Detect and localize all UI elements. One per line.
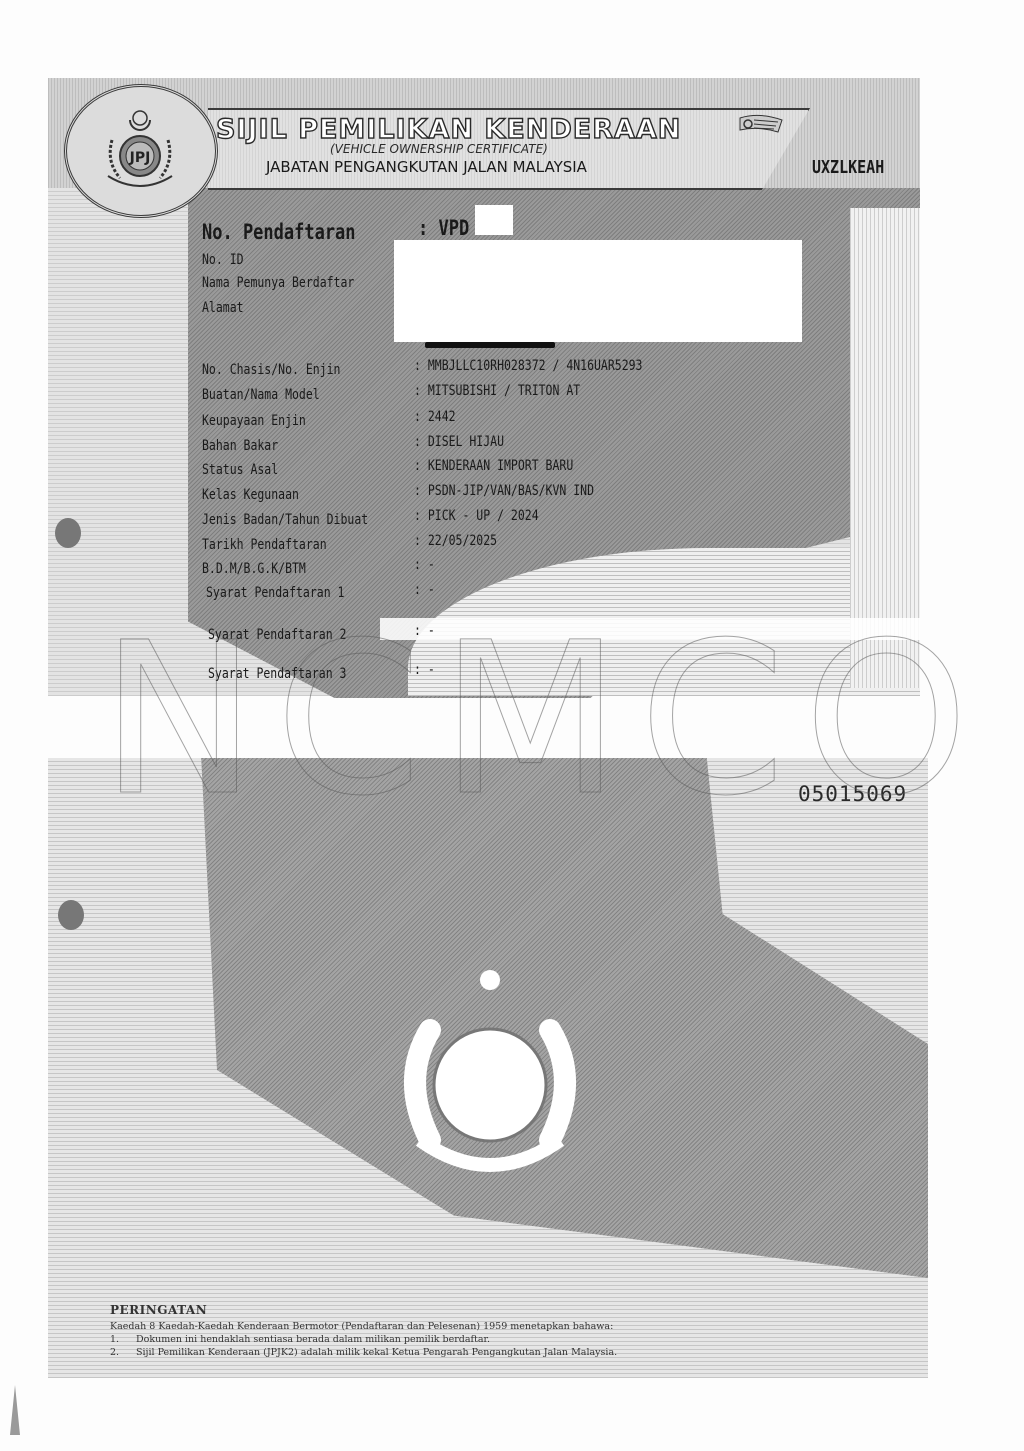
label-chassis-engine: No. Chasis/No. Enjin [202, 360, 340, 378]
label-origin-status: Status Asal [202, 460, 278, 478]
item-number: 2. [110, 1346, 136, 1359]
value-registration-date: : 22/05/2025 [414, 531, 497, 549]
label-condition-1: Syarat Pendaftaran 1 [206, 583, 344, 601]
value-weight: : - [414, 555, 435, 573]
security-strip [850, 208, 920, 688]
security-code: UXZLKEAH [812, 156, 884, 178]
value-body-type-year: : PICK - UP / 2024 [414, 506, 539, 524]
label-weight: B.D.M/B.G.K/BTM [202, 559, 306, 577]
item-text: Dokumen ini hendaklah sentiasa berada da… [136, 1334, 490, 1345]
item-text: Sijil Pemilikan Kenderaan (JPJK2) adalah… [136, 1347, 617, 1358]
malaysia-flag-icon [738, 114, 784, 134]
jpj-crest-icon: JPJ [102, 106, 178, 194]
label-address: Alamat [202, 298, 244, 316]
value-engine-capacity: : 2442 [414, 407, 456, 425]
punch-hole [55, 518, 81, 548]
warning-item: 1.Dokumen ini hendaklah sentiasa berada … [110, 1333, 730, 1346]
redaction-box [394, 240, 802, 342]
value-make-model: : MITSUBISHI / TRITON AT [414, 381, 580, 399]
warning-intro: Kaedah 8 Kaedah-Kaedah Kenderaan Bermoto… [110, 1320, 730, 1333]
label-condition-3: Syarat Pendaftaran 3 [208, 664, 346, 682]
scan-gap [380, 618, 920, 640]
label-usage-class: Kelas Kegunaan [202, 485, 299, 503]
label-condition-2: Syarat Pendaftaran 2 [208, 625, 346, 643]
value-condition-3: : - [414, 660, 435, 678]
label-owner-name: Nama Pemunya Berdaftar [202, 273, 354, 291]
value-fuel-type: : DISEL HIJAU [414, 432, 504, 450]
punch-hole [58, 900, 84, 930]
label-make-model: Buatan/Nama Model [202, 385, 320, 403]
certificate-title: SIJIL PEMILIKAN KENDERAAN [216, 114, 681, 145]
crescent-star-crest-icon [390, 960, 590, 1190]
value-usage-class: : PSDN-JIP/VAN/BAS/KVN IND [414, 481, 594, 499]
scan-artifact [10, 1385, 20, 1435]
label-body-type-year: Jenis Badan/Tahun Dibuat [202, 510, 368, 528]
redaction-bar [425, 342, 555, 348]
value-registration-no: : VPD [418, 216, 469, 241]
value-condition-2: : - [414, 621, 435, 639]
label-id-no: No. ID [202, 250, 244, 268]
warning-title: PERINGATAN [110, 1303, 730, 1317]
certificate-subtitle: (VEHICLE OWNERSHIP CERTIFICATE) [330, 142, 548, 156]
scanned-page: JPJ SIJIL PEMILIKAN KENDERAAN (VEHICLE O… [0, 0, 1024, 1451]
label-engine-capacity: Keupayaan Enjin [202, 411, 306, 429]
warning-section: PERINGATAN Kaedah 8 Kaedah-Kaedah Kender… [110, 1303, 730, 1359]
value-origin-status: : KENDERAAN IMPORT BARU [414, 456, 573, 474]
warning-item: 2.Sijil Pemilikan Kenderaan (JPJK2) adal… [110, 1346, 730, 1359]
item-number: 1. [110, 1333, 136, 1346]
svg-text:JPJ: JPJ [129, 150, 151, 166]
label-fuel-type: Bahan Bakar [202, 436, 278, 454]
serial-number: 05015069 [798, 782, 907, 806]
redaction-box [475, 205, 513, 235]
label-registration-date: Tarikh Pendaftaran [202, 535, 327, 553]
label-registration-no: No. Pendaftaran [202, 220, 356, 245]
value-condition-1: : - [414, 580, 435, 598]
value-chassis-engine: : MMBJLLC10RH028372 / 4N16UAR5293 [414, 356, 642, 374]
department-name: JABATAN PENGANGKUTAN JALAN MALAYSIA [266, 158, 587, 176]
